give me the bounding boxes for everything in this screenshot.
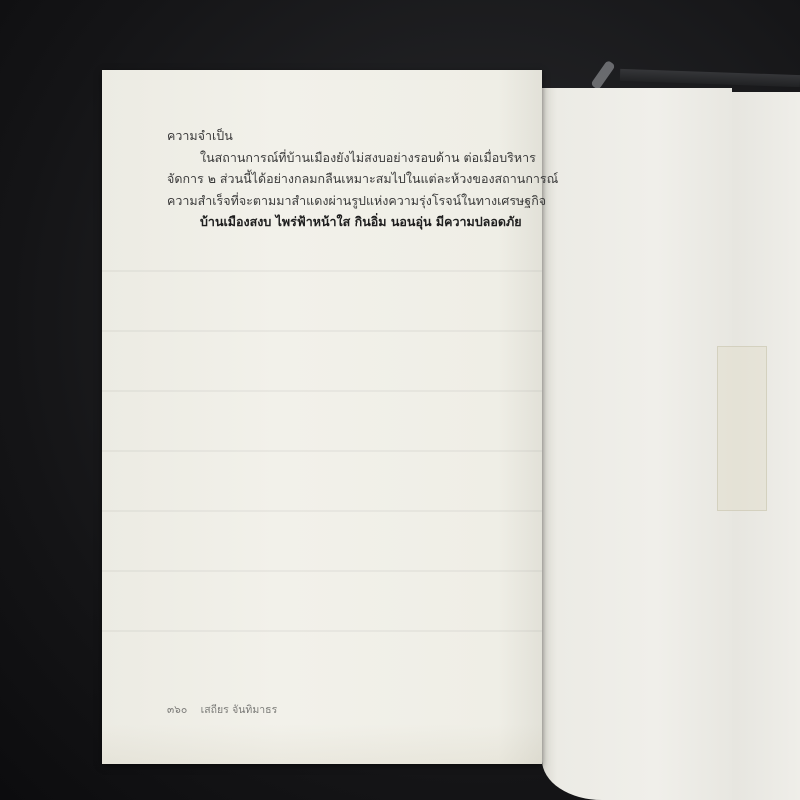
show-through-text	[102, 390, 542, 392]
show-through-text	[102, 510, 542, 512]
right-page	[542, 88, 732, 800]
text-line: ในสถานการณ์ที่บ้านเมืองยังไม่สงบอย่างรอบ…	[167, 147, 527, 169]
page-number: ๓๖๐	[167, 704, 187, 716]
show-through-text	[102, 630, 542, 632]
show-through-text	[102, 330, 542, 332]
page-text: ความจำเป็น ในสถานการณ์ที่บ้านเมืองยังไม่…	[167, 125, 527, 233]
author-name: เสถียร จันทิมาธร	[201, 704, 278, 716]
text-line: จัดการ ๒ ส่วนนี้ได้อย่างกลมกลืนเหมาะสมไป…	[167, 168, 527, 190]
text-line-bold: บ้านเมืองสงบ ไพร่ฟ้าหน้าใส กินอิ่ม นอนอุ…	[167, 211, 527, 233]
text-line: ความจำเป็น	[167, 125, 527, 147]
show-through-text	[102, 570, 542, 572]
show-through-text	[102, 270, 542, 272]
text-line: ความสำเร็จที่จะตามมาสำแดงผ่านรูปแห่งความ…	[167, 190, 527, 212]
transparent-tape	[717, 346, 767, 511]
show-through-text	[102, 450, 542, 452]
page-footer: ๓๖๐ เสถียร จันทิมาธร	[167, 701, 287, 718]
